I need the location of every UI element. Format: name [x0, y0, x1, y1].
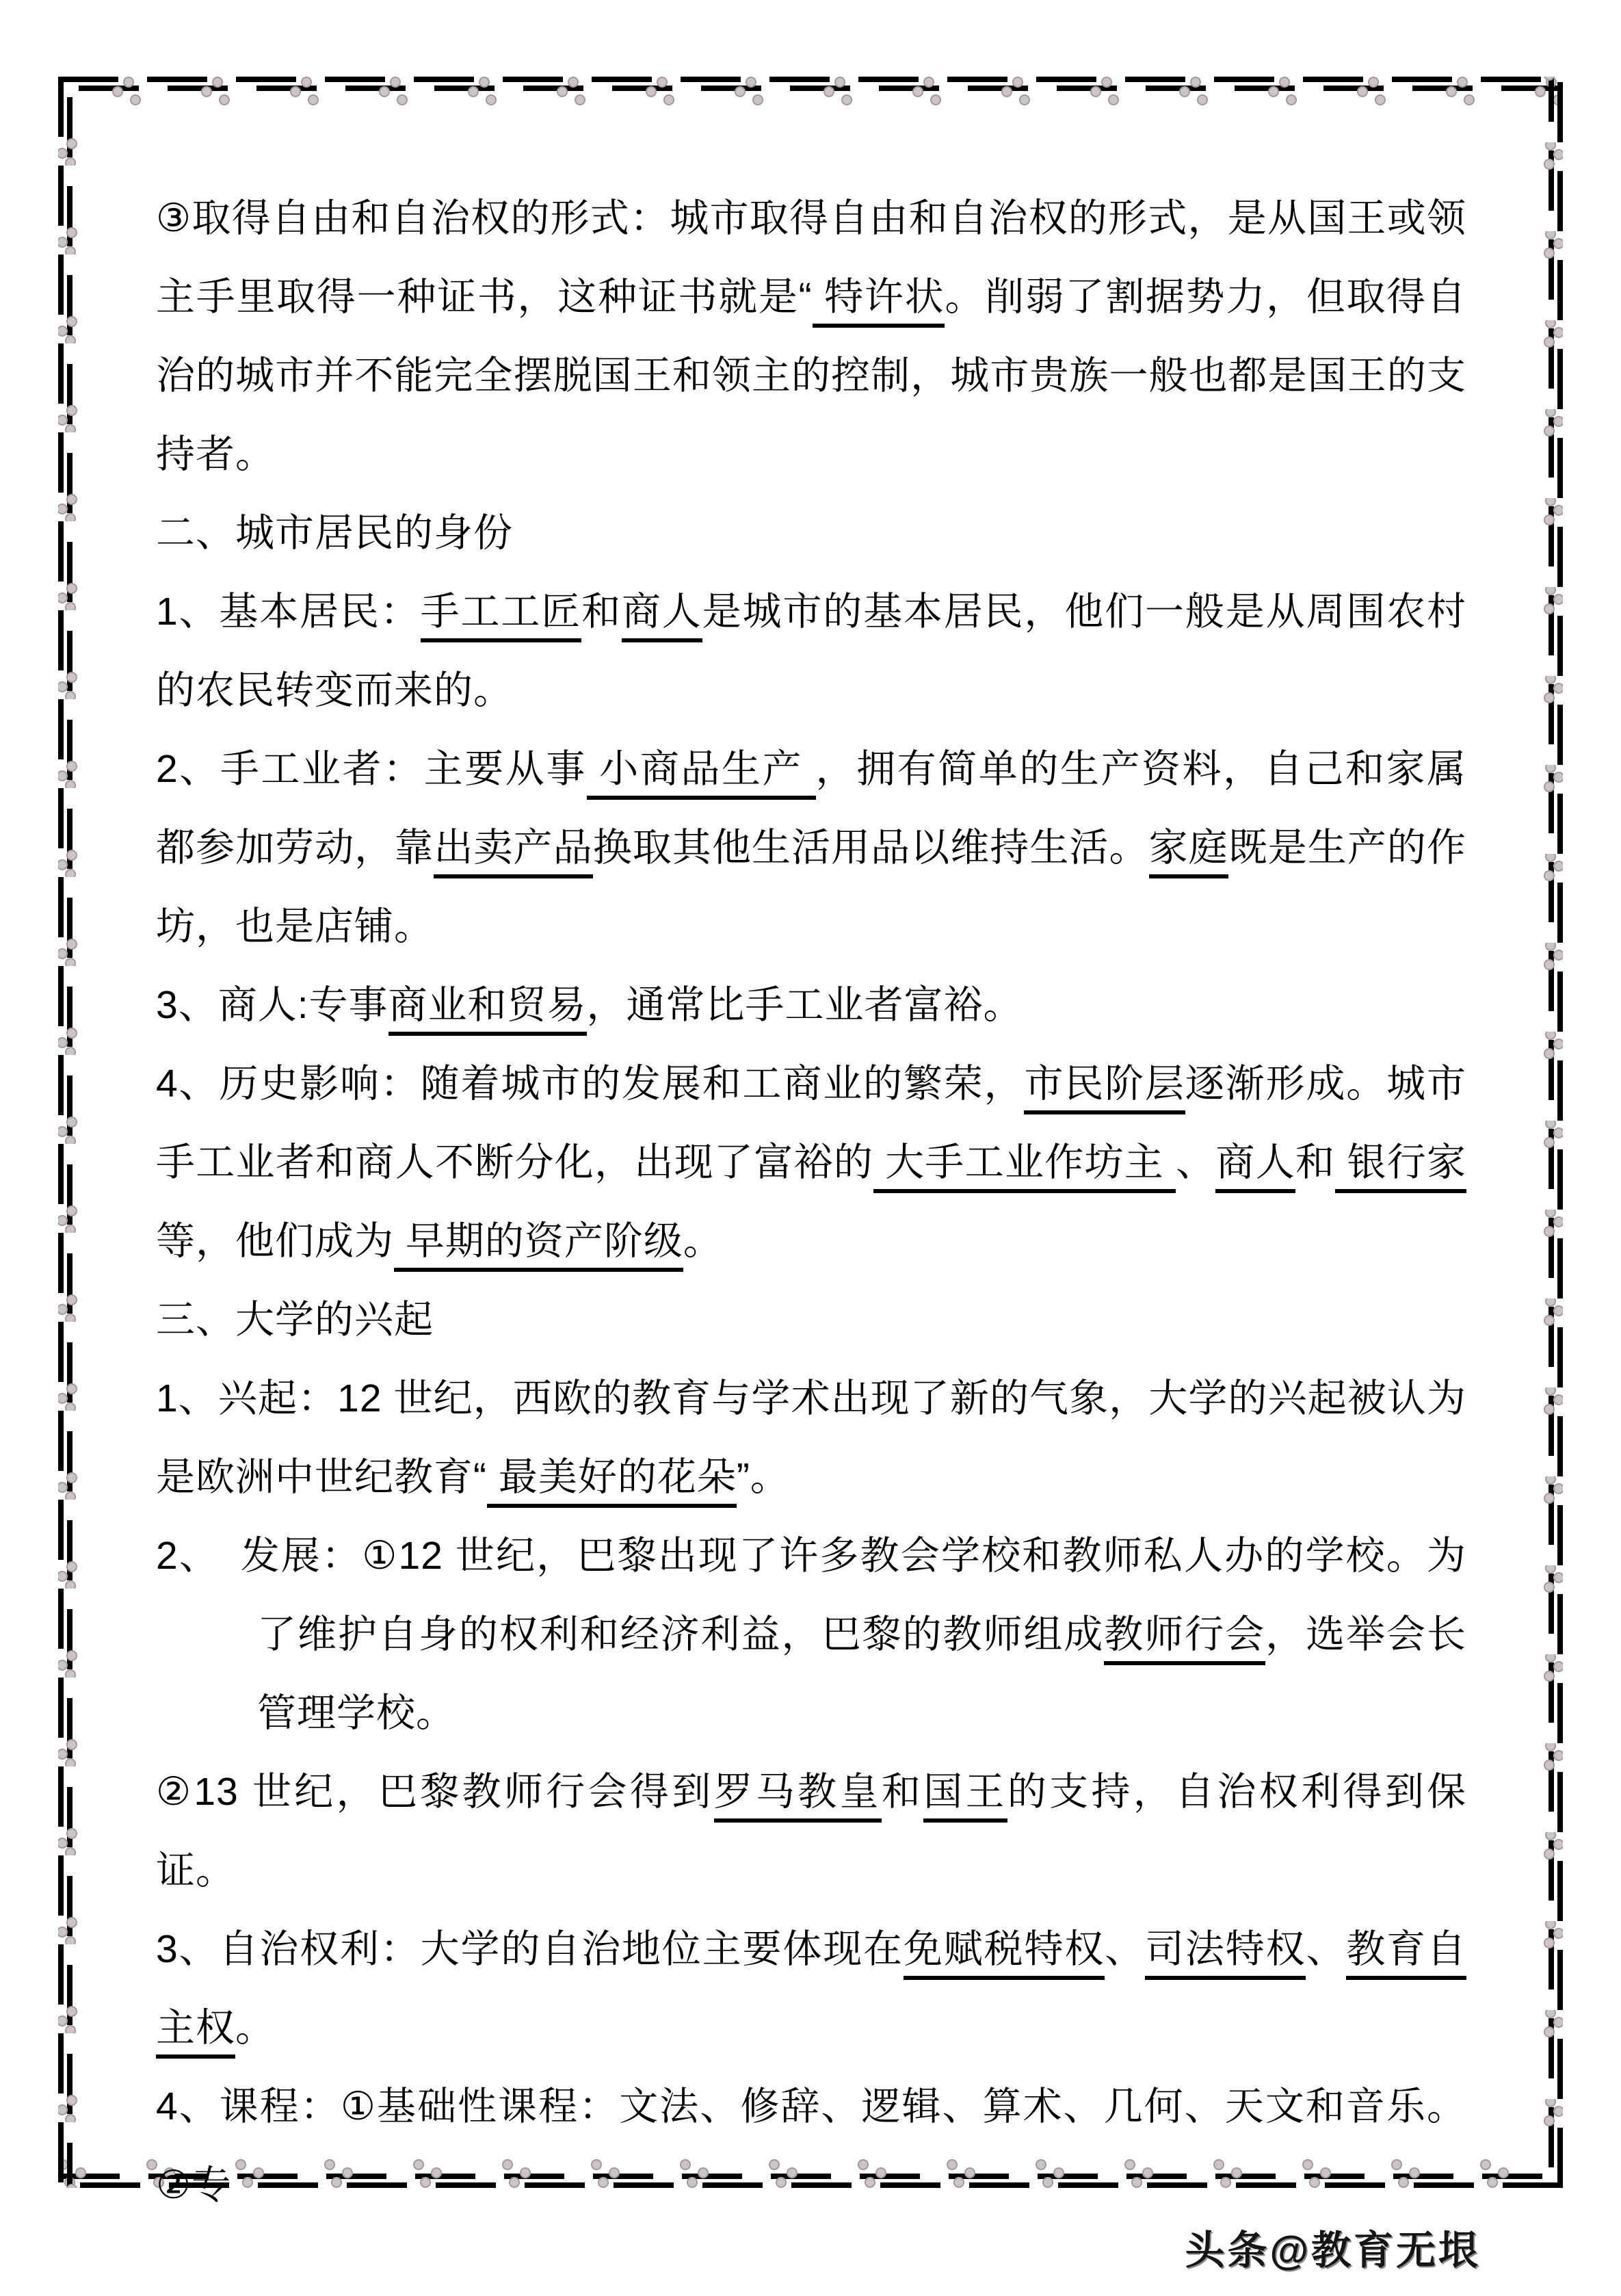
text-segment: 。: [235, 2006, 275, 2050]
paragraph: 4、课程：①基础性课程：文法、修辞、逻辑、算术、几何、天文和音乐。②专: [156, 2067, 1466, 2225]
underlined-segment: 银行家: [1335, 1140, 1466, 1193]
underlined-segment: 家庭: [1149, 826, 1228, 878]
underlined-segment: 商业和贸易: [388, 983, 587, 1036]
text-segment: 三、大学的兴起: [156, 1298, 434, 1342]
text-segment: 。: [683, 1219, 723, 1263]
text-segment: 4、课程：①基础性课程：文法、修辞、逻辑、算术、几何、天文和音乐。②专: [156, 2085, 1466, 2207]
text-segment: 3、自治权利：大学的自治地位主要体现在: [156, 1927, 904, 1971]
underlined-segment: 最美好的花朵: [487, 1455, 737, 1508]
text-segment: 二、城市居民的身份: [156, 511, 513, 555]
underlined-segment: 手工工匠: [421, 590, 581, 642]
border-right-decoration: [1533, 77, 1563, 2188]
text-segment: 2、手工业者：主要从事: [156, 747, 587, 791]
text-segment: 等，他们成为: [156, 1219, 394, 1263]
text-segment: 3、商人:专事: [156, 983, 388, 1027]
text-segment: 换取其他生活用品以维持生活。: [593, 826, 1149, 870]
paragraph: 2、手工业者：主要从事 小商品生产 ，拥有简单的生产资料，自己和家属都参加劳动，…: [156, 730, 1466, 966]
text-segment: 1、基本居民：: [156, 590, 421, 634]
underlined-segment: 商人: [622, 590, 702, 642]
document-body: ③取得自由和自治权的形式：城市取得自由和自治权的形式，是从国王或领主手里取得一种…: [156, 179, 1466, 2225]
text-segment: ”。: [737, 1455, 790, 1499]
underlined-segment: 免赋税特权: [904, 1927, 1105, 1980]
paragraph: 3、自治权利：大学的自治地位主要体现在免赋税特权、司法特权、教育自主权。: [156, 1910, 1466, 2067]
text-segment: 1、兴起：12 世纪，西欧的教育与学术出现了新的气象，大学的兴起被认为是欧洲中世…: [156, 1377, 1466, 1499]
underlined-segment: 商人: [1215, 1140, 1295, 1193]
underlined-segment: 司法特权: [1145, 1927, 1306, 1980]
text-segment: 、: [1105, 1927, 1145, 1971]
paragraph: ②13 世纪，巴黎教师行会得到罗马教皇和国王的支持，自治权利得到保证。: [156, 1753, 1466, 1910]
text-segment: 4、历史影响：随着城市的发展和工商业的繁荣，: [156, 1062, 1024, 1106]
text-segment: ②13 世纪，巴黎教师行会得到: [156, 1770, 714, 1814]
watermark: 头条@教育无垠: [1185, 2218, 1481, 2275]
underlined-segment: 小商品生产: [587, 747, 816, 800]
underlined-segment: 教师行会: [1104, 1613, 1265, 1665]
paragraph: 三、大学的兴起: [156, 1281, 1466, 1359]
paragraph: 4、历史影响：随着城市的发展和工商业的繁荣，市民阶层逐渐形成。城市手工业者和商人…: [156, 1045, 1466, 1281]
text-segment: 和: [581, 590, 622, 634]
paragraph: 二、城市居民的身份: [156, 494, 1466, 573]
underlined-segment: 大手工业作坊主: [873, 1140, 1176, 1193]
underlined-segment: 国王: [923, 1770, 1007, 1823]
underlined-segment: 市民阶层: [1024, 1062, 1185, 1114]
underlined-segment: 特许状: [813, 275, 945, 328]
underlined-segment: 早期的资产阶级: [394, 1219, 683, 1272]
text-segment: 、: [1176, 1140, 1215, 1184]
paragraph: 1、基本居民：手工工匠和商人是城市的基本居民，他们一般是从周围农村的农民转变而来…: [156, 573, 1466, 730]
paragraph: 3、商人:专事商业和贸易，通常比手工业者富裕。: [156, 966, 1466, 1045]
underlined-segment: 罗马教皇: [714, 1770, 882, 1823]
text-segment: ，通常比手工业者富裕。: [587, 983, 1023, 1027]
paragraph: 2、 发展：①12 世纪，巴黎出现了许多教会学校和教师私人办的学校。为了维护自身…: [156, 1517, 1466, 1753]
text-segment: 和: [1295, 1140, 1335, 1184]
border-left-decoration: [58, 77, 88, 2188]
border-top-decoration: [58, 77, 1563, 107]
underlined-segment: 出卖产品: [434, 826, 592, 878]
paragraph: 1、兴起：12 世纪，西欧的教育与学术出现了新的气象，大学的兴起被认为是欧洲中世…: [156, 1359, 1466, 1517]
text-segment: 、: [1306, 1927, 1346, 1971]
paragraph: ③取得自由和自治权的形式：城市取得自由和自治权的形式，是从国王或领主手里取得一种…: [156, 179, 1466, 494]
text-segment: 和: [882, 1770, 923, 1814]
